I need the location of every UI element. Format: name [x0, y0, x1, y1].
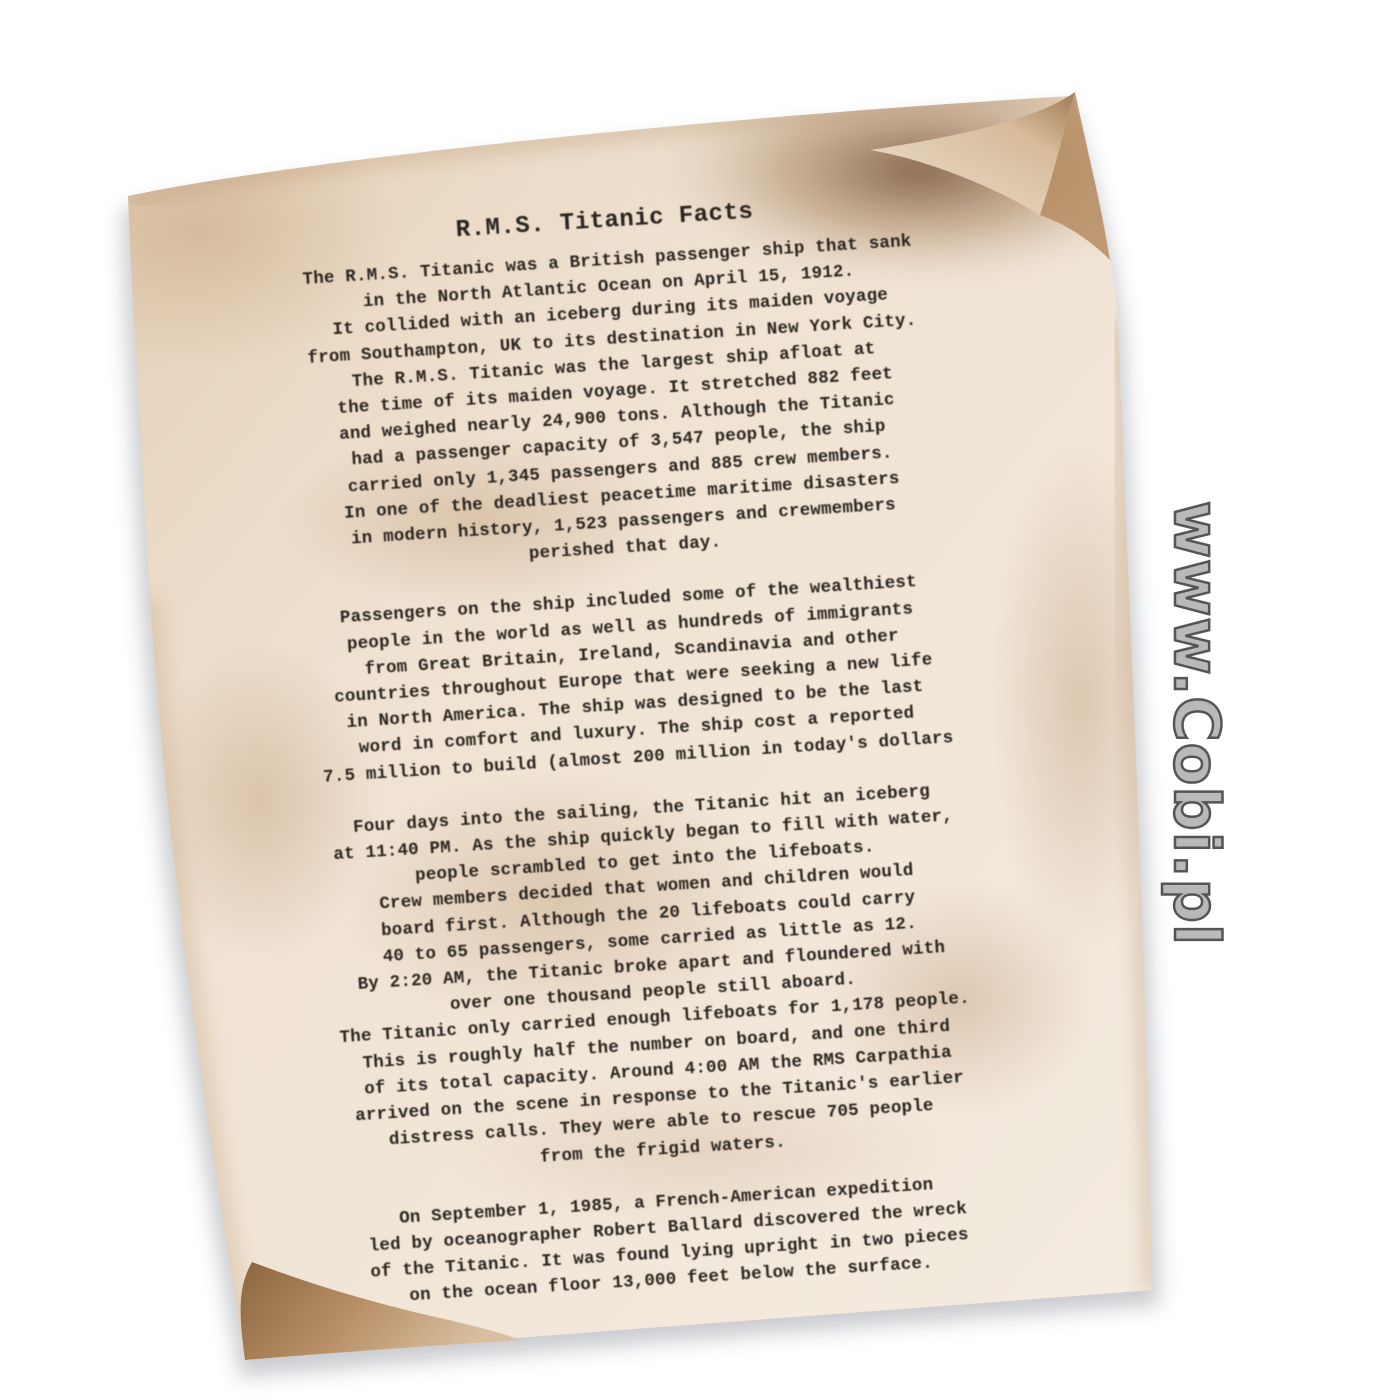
watermark: www.Cobi.pl: [1152, 493, 1242, 953]
paragraph-passengers: Passengers on the ship included some of …: [218, 562, 1048, 797]
paragraph-overview: The R.M.S. Titanic was a British passeng…: [197, 222, 1035, 587]
document-body: R.M.S. Titanic Facts The R.M.S. Titanic …: [194, 180, 1082, 1345]
paragraph-discovery: On September 1, 1985, a French-American …: [256, 1163, 1081, 1319]
watermark-text: www.Cobi.pl: [1161, 500, 1234, 945]
stage: R.M.S. Titanic Facts The R.M.S. Titanic …: [0, 0, 1400, 1400]
paragraph-sinking: Four days into the sailing, the Titanic …: [232, 771, 1073, 1189]
